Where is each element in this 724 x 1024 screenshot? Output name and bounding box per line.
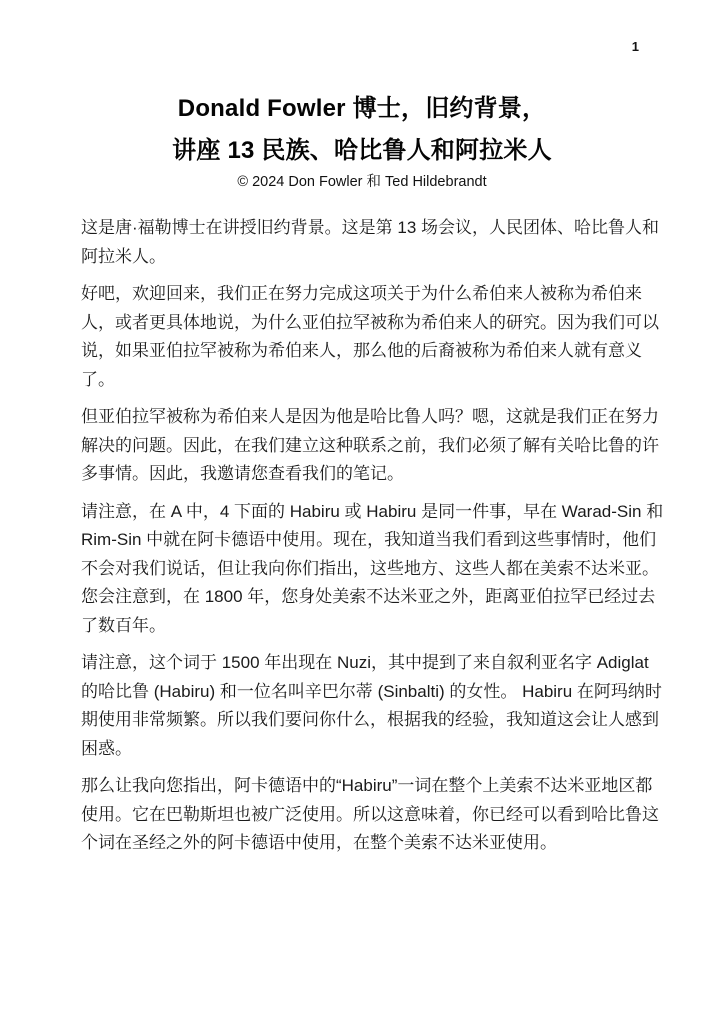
paragraph: 请注意，在 A 中，4 下面的 Habiru 或 Habiru 是同一件事，早在… xyxy=(81,498,664,641)
paragraph: 好吧，欢迎回来，我们正在努力完成这项关于为什么希伯来人被称为希伯来人，或者更具体… xyxy=(81,280,664,394)
document-title-line-1: Donald Fowler 博士，旧约背景， xyxy=(178,95,546,122)
paragraph: 但亚伯拉罕被称为希伯来人是因为他是哈比鲁人吗？嗯，这就是我们正在努力解决的问题。… xyxy=(81,403,664,489)
document-header: Donald Fowler 博士，旧约背景，讲座 13 民族、哈比鲁人和阿拉米人… xyxy=(0,0,724,192)
page-number: 1 xyxy=(632,40,639,54)
document-title: Donald Fowler 博士，旧约背景，讲座 13 民族、哈比鲁人和阿拉米人 xyxy=(0,88,724,172)
copyright-line: © 2024 Don Fowler 和 Ted Hildebrandt xyxy=(0,172,724,192)
document-page: 1 Donald Fowler 博士，旧约背景，讲座 13 民族、哈比鲁人和阿拉… xyxy=(0,0,724,1024)
document-title-line-2: 讲座 13 民族、哈比鲁人和阿拉米人 xyxy=(172,137,552,164)
document-body: 这是唐·福勒博士在讲授旧约背景。这是第 13 场会议，人民团体、哈比鲁人和阿拉米… xyxy=(0,214,724,858)
paragraph: 那么让我向您指出，阿卡德语中的“Habiru”一词在整个上美索不达米亚地区都使用… xyxy=(81,772,664,858)
paragraph: 这是唐·福勒博士在讲授旧约背景。这是第 13 场会议，人民团体、哈比鲁人和阿拉米… xyxy=(81,214,664,271)
paragraph: 请注意，这个词于 1500 年出现在 Nuzi，其中提到了来自叙利亚名字 Adi… xyxy=(81,649,664,763)
